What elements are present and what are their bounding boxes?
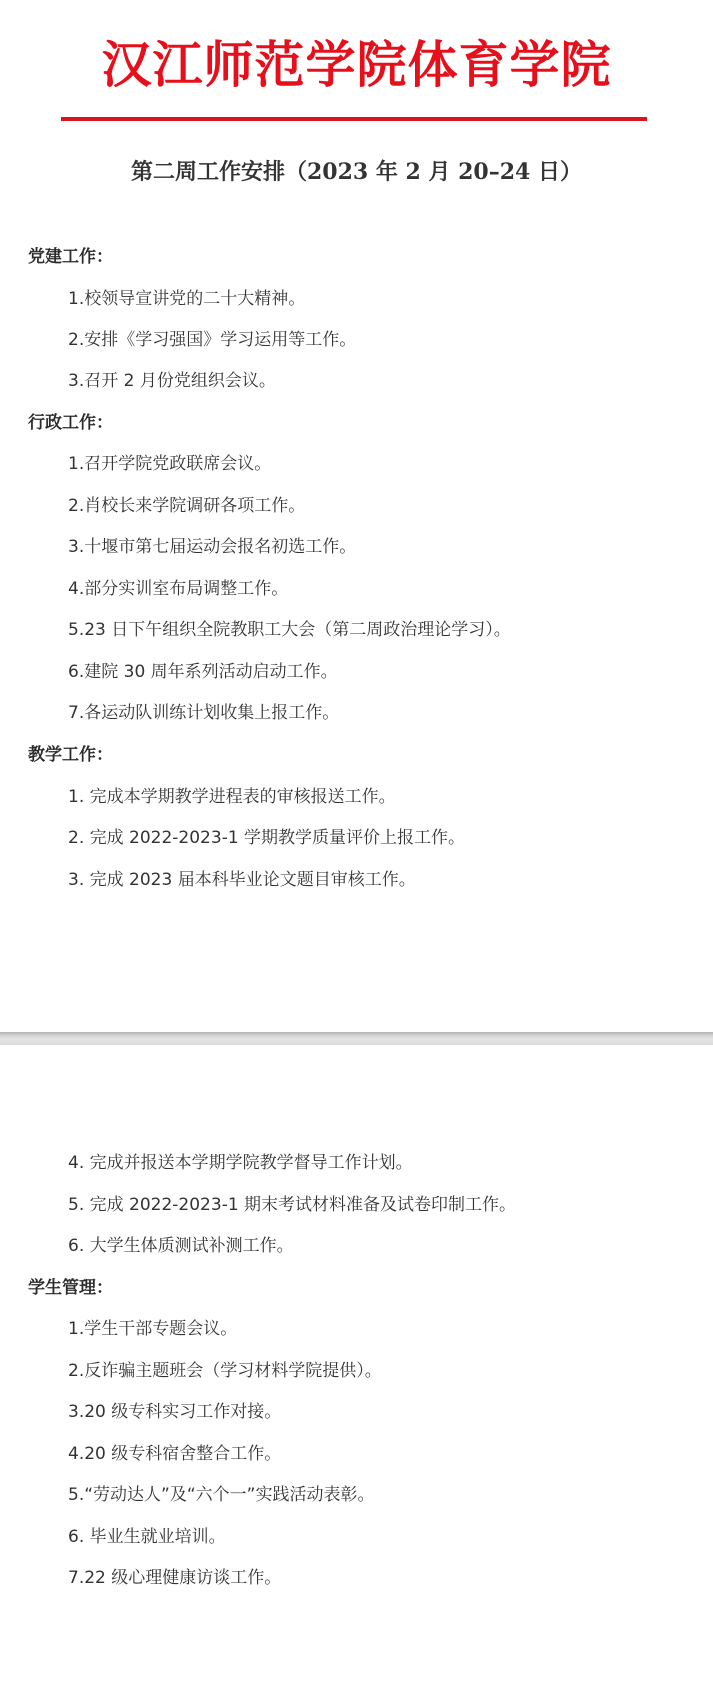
red-divider-rule xyxy=(61,117,647,121)
section-heading-party-building: 党建工作： xyxy=(28,245,113,269)
list-item: 1. 完成本学期教学进程表的审核报送工作。 xyxy=(68,785,396,809)
list-item: 6.建院 30 周年系列活动启动工作。 xyxy=(68,660,338,684)
page-break xyxy=(0,1032,713,1045)
list-item: 4.20 级专科宿舍整合工作。 xyxy=(68,1442,281,1466)
list-item: 2.安排《学习强国》学习运用等工作。 xyxy=(68,328,356,352)
list-item: 7.各运动队训练计划收集上报工作。 xyxy=(68,701,339,725)
list-item: 1.学生干部专题会议。 xyxy=(68,1317,237,1341)
masthead-title: 汉江师范学院体育学院 xyxy=(0,30,713,100)
list-item: 2.反诈骗主题班会（学习材料学院提供）。 xyxy=(68,1359,382,1383)
list-item: 5. 完成 2022-2023-1 期末考试材料准备及试卷印制工作。 xyxy=(68,1193,516,1217)
list-item: 6. 毕业生就业培训。 xyxy=(68,1525,226,1549)
list-item: 2. 完成 2022-2023-1 学期教学质量评价上报工作。 xyxy=(68,826,465,850)
list-item: 4.部分实训室布局调整工作。 xyxy=(68,577,288,601)
list-item: 7.22 级心理健康访谈工作。 xyxy=(68,1566,281,1590)
section-heading-student-affairs: 学生管理： xyxy=(28,1276,113,1300)
list-item: 3.20 级专科实习工作对接。 xyxy=(68,1400,281,1424)
list-item: 5.23 日下午组织全院教职工大会（第二周政治理论学习）。 xyxy=(68,618,511,642)
list-item: 3.十堰市第七届运动会报名初选工作。 xyxy=(68,535,356,559)
document-subtitle: 第二周工作安排（2023 年 2 月 20–24 日） xyxy=(0,152,713,192)
list-item: 5.“劳动达人”及“六个一”实践活动表彰。 xyxy=(68,1483,374,1507)
section-heading-teaching: 教学工作： xyxy=(28,743,113,767)
list-item: 6. 大学生体质测试补测工作。 xyxy=(68,1234,294,1258)
list-item: 1.校领导宣讲党的二十大精神。 xyxy=(68,287,305,311)
section-heading-administration: 行政工作： xyxy=(28,411,113,435)
list-item: 3. 完成 2023 届本科毕业论文题目审核工作。 xyxy=(68,868,416,892)
list-item: 4. 完成并报送本学期学院教学督导工作计划。 xyxy=(68,1151,413,1175)
list-item: 3.召开 2 月份党组织会议。 xyxy=(68,369,276,393)
list-item: 2.肖校长来学院调研各项工作。 xyxy=(68,494,305,518)
list-item: 1.召开学院党政联席会议。 xyxy=(68,452,271,476)
